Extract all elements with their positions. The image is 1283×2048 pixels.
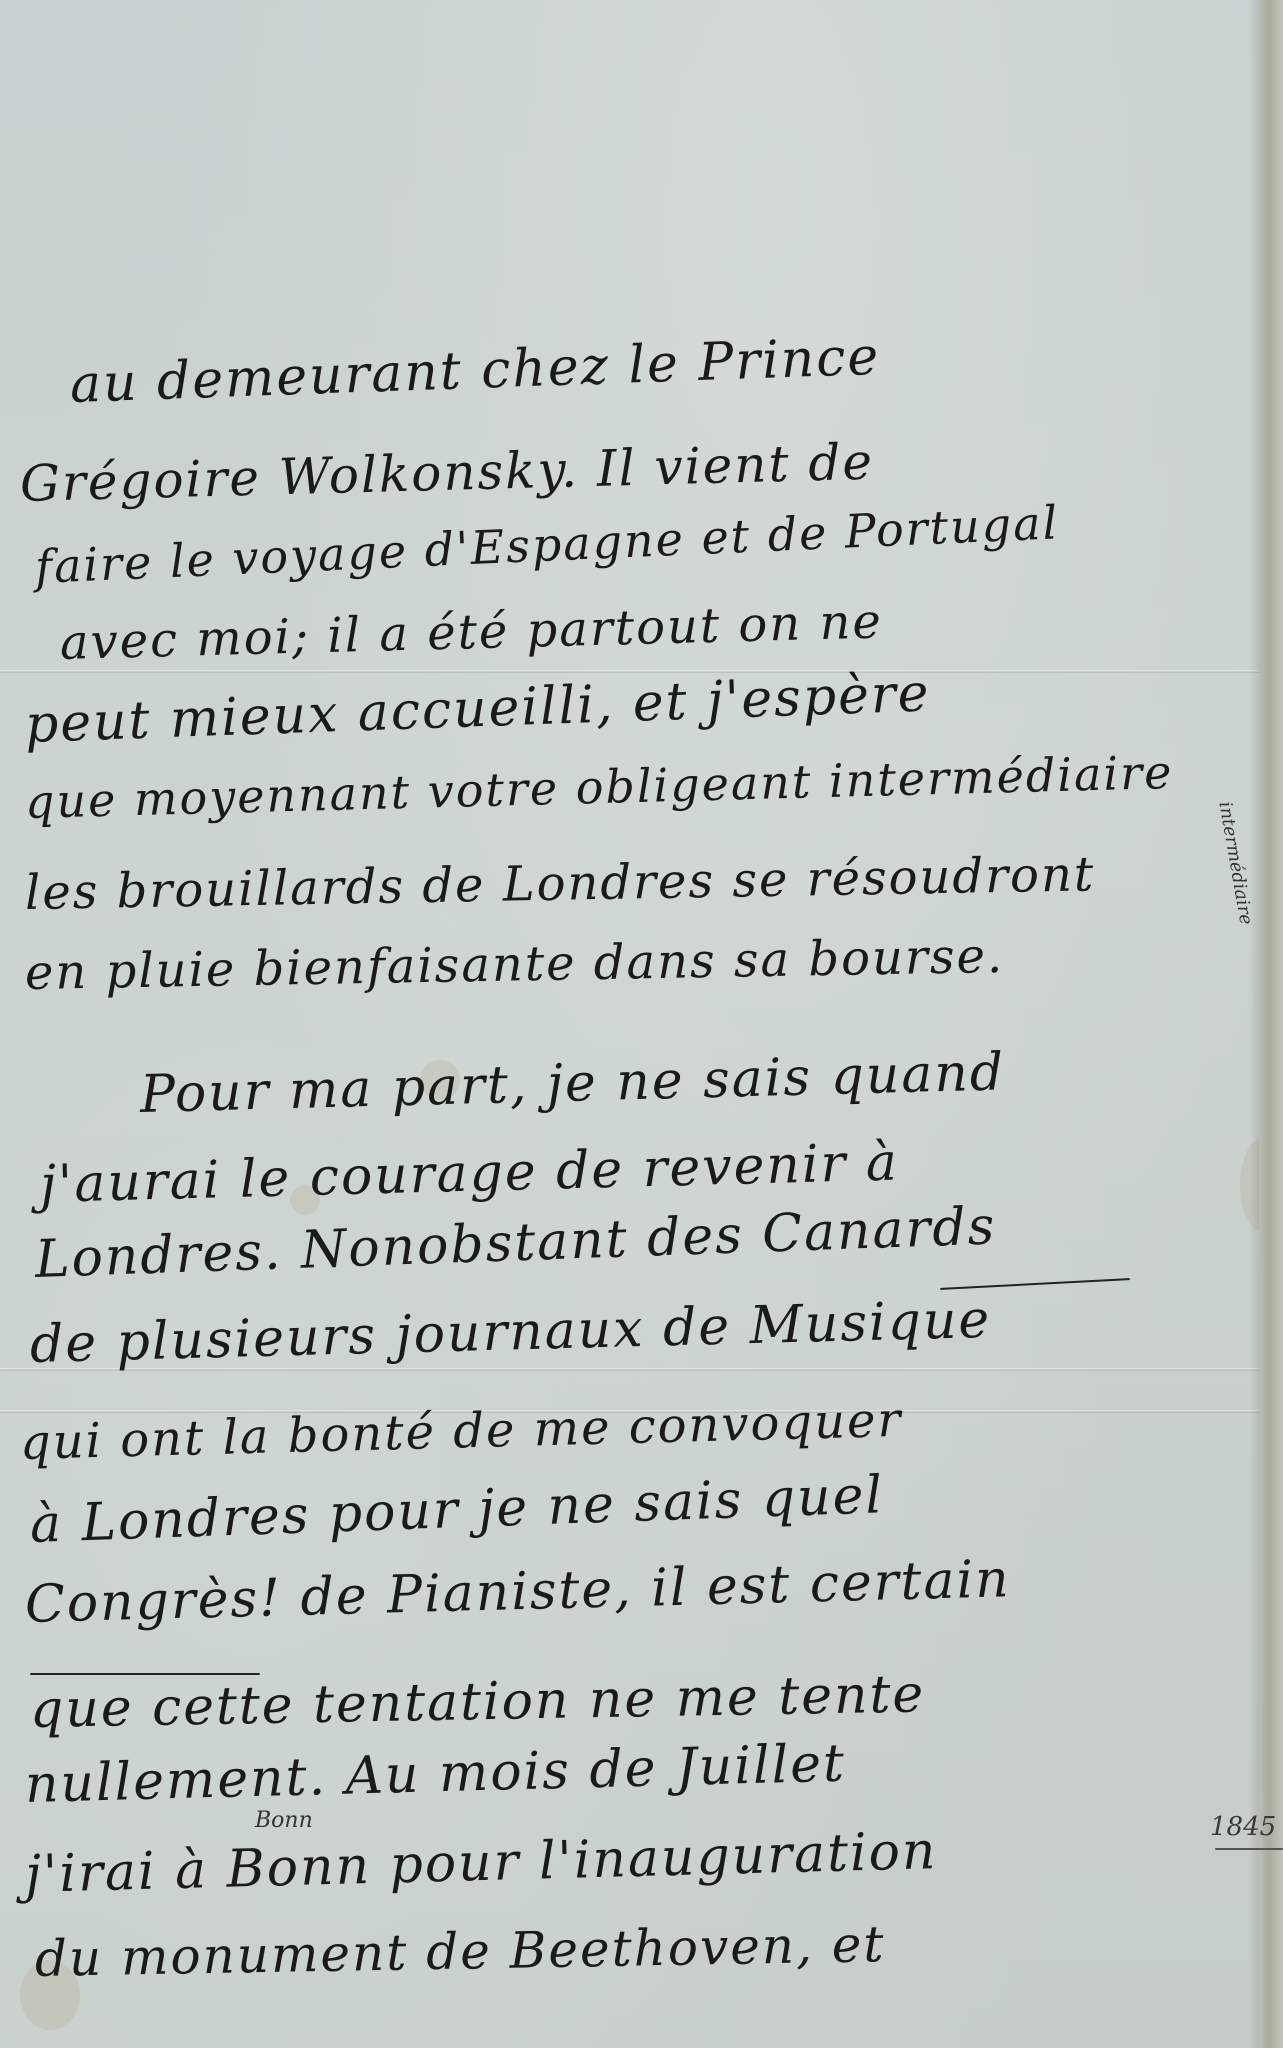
letter-line-2: Grégoire Wolkonsky. Il vient de: [19, 433, 874, 513]
letter-line-3: faire le voyage d'Espagne et de Portugal: [34, 495, 1060, 594]
letter-line-17: nullement. Au mois de Juillet: [24, 1734, 846, 1815]
underline-year: [1215, 1848, 1283, 1850]
paper-fold: [0, 670, 1260, 673]
page-edge-shadow: [1249, 0, 1259, 2048]
letter-line-5: peut mieux accueilli, et j'espère: [24, 663, 931, 755]
underline-canards: [940, 1278, 1130, 1290]
letter-line-14: à Londres pour je ne sais quel: [29, 1465, 885, 1555]
letter-line-16: que cette tentation ne me tente: [29, 1664, 925, 1740]
letter-line-10: j'aurai le courage de revenir à: [39, 1133, 899, 1215]
letter-line-7: les brouillards de Londres se résoudront: [25, 846, 1096, 921]
letter-page: au demeurant chez le Prince Grégoire Wol…: [0, 0, 1283, 2048]
letter-line-19: du monument de Beethoven, et: [34, 1915, 885, 1988]
underline-congres: [30, 1673, 260, 1675]
letter-line-4: avec moi; il a été partout on ne: [59, 593, 883, 671]
letter-line-8: en pluie bienfaisante dans sa bourse.: [25, 928, 1005, 1001]
letter-line-15: Congrès! de Pianiste, il est certain: [24, 1549, 1011, 1635]
letter-line-12: de plusieurs journaux de Musique: [29, 1290, 992, 1375]
letter-line-18: j'irai à Bonn pour l'inauguration: [24, 1821, 938, 1905]
letter-line-9: Pour ma part, je ne sais quand: [139, 1042, 1006, 1125]
letter-line-6: que moyennant votre obligeant intermédia…: [24, 745, 1174, 829]
annotation-year: 1845: [1210, 1812, 1276, 1842]
page-edge: [1259, 0, 1283, 2048]
letter-line-13: qui ont la bonté de me convoquer: [19, 1392, 903, 1471]
letter-line-1: au demeurant chez le Prince: [69, 327, 881, 415]
annotation-bonn: Bonn: [255, 1808, 313, 1833]
